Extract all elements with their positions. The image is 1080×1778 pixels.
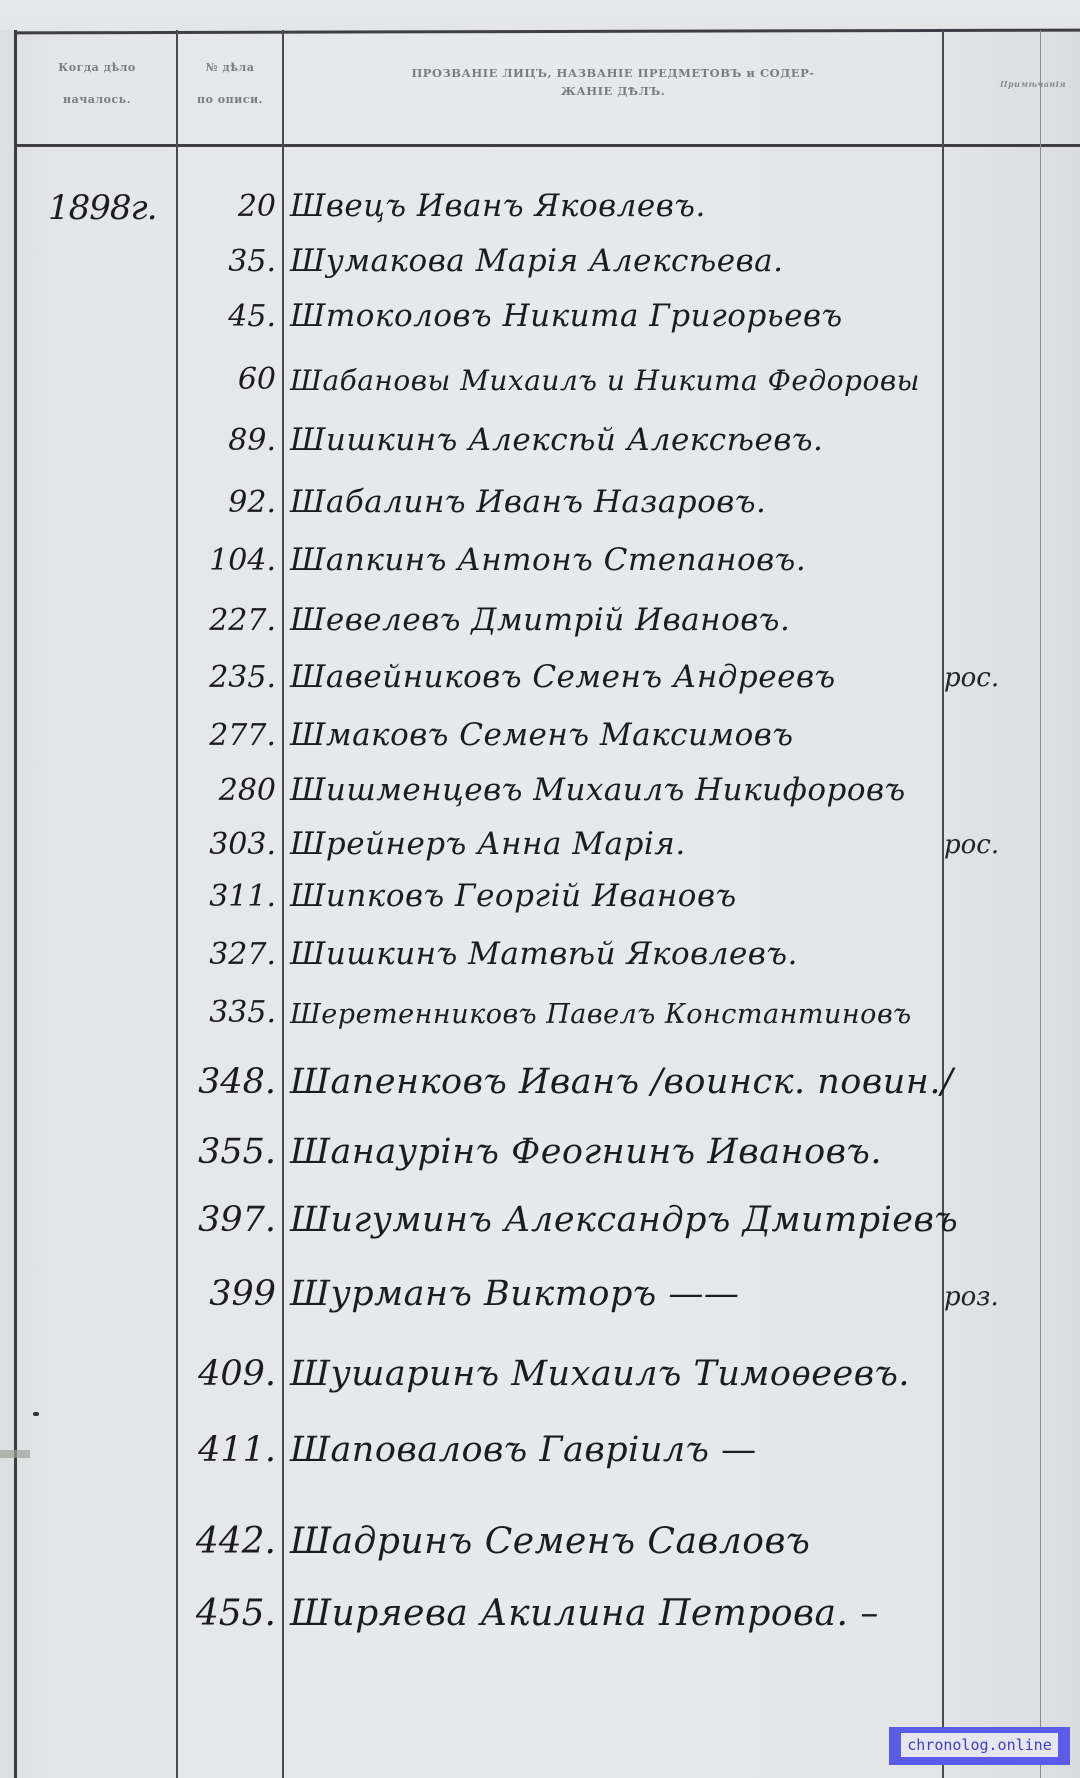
entry-number: 303. [178,827,282,862]
entry-name: Шабановы Михаилъ и Никита Федоровы [290,364,990,397]
entry-name: Шипковъ Георгій Ивановъ [290,878,990,914]
list-item: 455.Ширяева Акилина Петрова. – [0,1586,1080,1642]
entry-name: Шапкинъ Антонъ Степановъ. [290,542,990,578]
entry-name: Шушаринъ Михаилъ Тимоѳеевъ. [290,1354,990,1394]
entry-number: 89. [178,423,282,458]
entry-number: 235. [178,660,282,695]
entry-number: 411. [178,1430,282,1470]
entry-mark: роз. [944,1282,1054,1312]
watermark-badge: chronolog.online [889,1727,1070,1765]
ink-mark [33,1412,39,1416]
list-item: 35.Шумакова Марія Алексѣева. [0,231,1080,287]
entry-number: 355. [178,1132,282,1172]
entry-name: Шумакова Марія Алексѣева. [290,243,990,279]
entry-name: Шанаурінъ Феогнинъ Ивановъ. [290,1132,990,1172]
list-item: 335.Шеретенниковъ Павелъ Константиновъ [0,982,1080,1038]
entry-number: 104. [178,543,282,578]
list-item: 397.Шигуминъ Александръ Дмитріевъ [0,1192,1080,1248]
list-item: 104.Шапкинъ Антонъ Степановъ. [0,530,1080,586]
entry-name: Шевелевъ Дмитрій Ивановъ. [290,602,990,638]
list-item: 311.Шипковъ Георгій Ивановъ [0,866,1080,922]
entry-number: 327. [178,937,282,972]
entry-name: Шрейнеръ Анна Марія. [290,826,990,862]
entry-name: Шавейниковъ Семенъ Андреевъ [290,659,990,695]
entry-number: 60 [178,362,282,397]
entry-number: 277. [178,718,282,753]
watermark-text: chronolog.online [901,1733,1058,1757]
list-item: 411.Шаповаловъ Гавріилъ — [0,1422,1080,1478]
entries-list: 20Швецъ Иванъ Яковлевъ. 35.Шумакова Марі… [0,0,1080,1778]
list-item: 348.Шапенковъ Иванъ /воинск. повин./ [0,1054,1080,1110]
entry-name: Шапенковъ Иванъ /воинск. повин./ [290,1062,990,1102]
list-item: 399Шурманъ Викторъ ——роз. [0,1266,1080,1322]
list-item: 277.Шмаковъ Семенъ Максимовъ [0,705,1080,761]
entry-mark: рос. [944,830,1054,860]
list-item: 303.Шрейнеръ Анна Марія.рос. [0,814,1080,870]
entry-name: Шеретенниковъ Павелъ Константиновъ [290,999,990,1030]
entry-number: 397. [178,1200,282,1240]
list-item: 92.Шабалинъ Иванъ Назаровъ. [0,472,1080,528]
entry-mark: рос. [944,663,1054,693]
entry-number: 335. [178,995,282,1030]
entry-name: Шишкинъ Алексѣй Алексѣевъ. [290,422,990,458]
entry-number: 409. [178,1354,282,1394]
entry-number: 455. [178,1593,282,1634]
list-item: 45.Штоколовъ Никита Григорьевъ [0,286,1080,342]
entry-name: Ширяева Акилина Петрова. – [290,1593,990,1634]
list-item: 327.Шишкинъ Матвѣй Яковлевъ. [0,924,1080,980]
entry-name: Шишменцевъ Михаилъ Никифоровъ [290,772,990,808]
entry-number: 311. [178,879,282,914]
list-item: 235.Шавейниковъ Семенъ Андреевърос. [0,647,1080,703]
list-item: 227.Шевелевъ Дмитрій Ивановъ. [0,590,1080,646]
list-item: 60Шабановы Михаилъ и Никита Федоровы [0,349,1080,405]
entry-name: Шабалинъ Иванъ Назаровъ. [290,484,990,520]
page-clip-mark [0,1450,30,1458]
list-item: 280Шишменцевъ Михаилъ Никифоровъ [0,760,1080,816]
entry-name: Шадринъ Семенъ Савловъ [290,1521,990,1562]
entry-number: 35. [178,244,282,279]
entry-name: Шмаковъ Семенъ Максимовъ [290,717,990,753]
entry-number: 20 [178,189,282,224]
entry-name: Шаповаловъ Гавріилъ — [290,1430,990,1470]
entry-number: 399 [178,1274,282,1314]
entry-number: 227. [178,603,282,638]
list-item: 20Швецъ Иванъ Яковлевъ. [0,176,1080,232]
entry-name: Шишкинъ Матвѣй Яковлевъ. [290,936,990,972]
entry-number: 45. [178,299,282,334]
entry-name: Шурманъ Викторъ —— [290,1274,990,1314]
entry-name: Шигуминъ Александръ Дмитріевъ [290,1200,990,1240]
entry-number: 442. [178,1521,282,1562]
list-item: 355.Шанаурінъ Феогнинъ Ивановъ. [0,1124,1080,1180]
list-item: 409.Шушаринъ Михаилъ Тимоѳеевъ. [0,1346,1080,1402]
entry-number: 92. [178,485,282,520]
entry-name: Штоколовъ Никита Григорьевъ [290,298,990,334]
entry-number: 348. [178,1062,282,1102]
list-item: 89.Шишкинъ Алексѣй Алексѣевъ. [0,410,1080,466]
list-item: 442.Шадринъ Семенъ Савловъ [0,1514,1080,1570]
entry-name: Швецъ Иванъ Яковлевъ. [290,188,990,224]
entry-number: 280 [178,773,282,808]
